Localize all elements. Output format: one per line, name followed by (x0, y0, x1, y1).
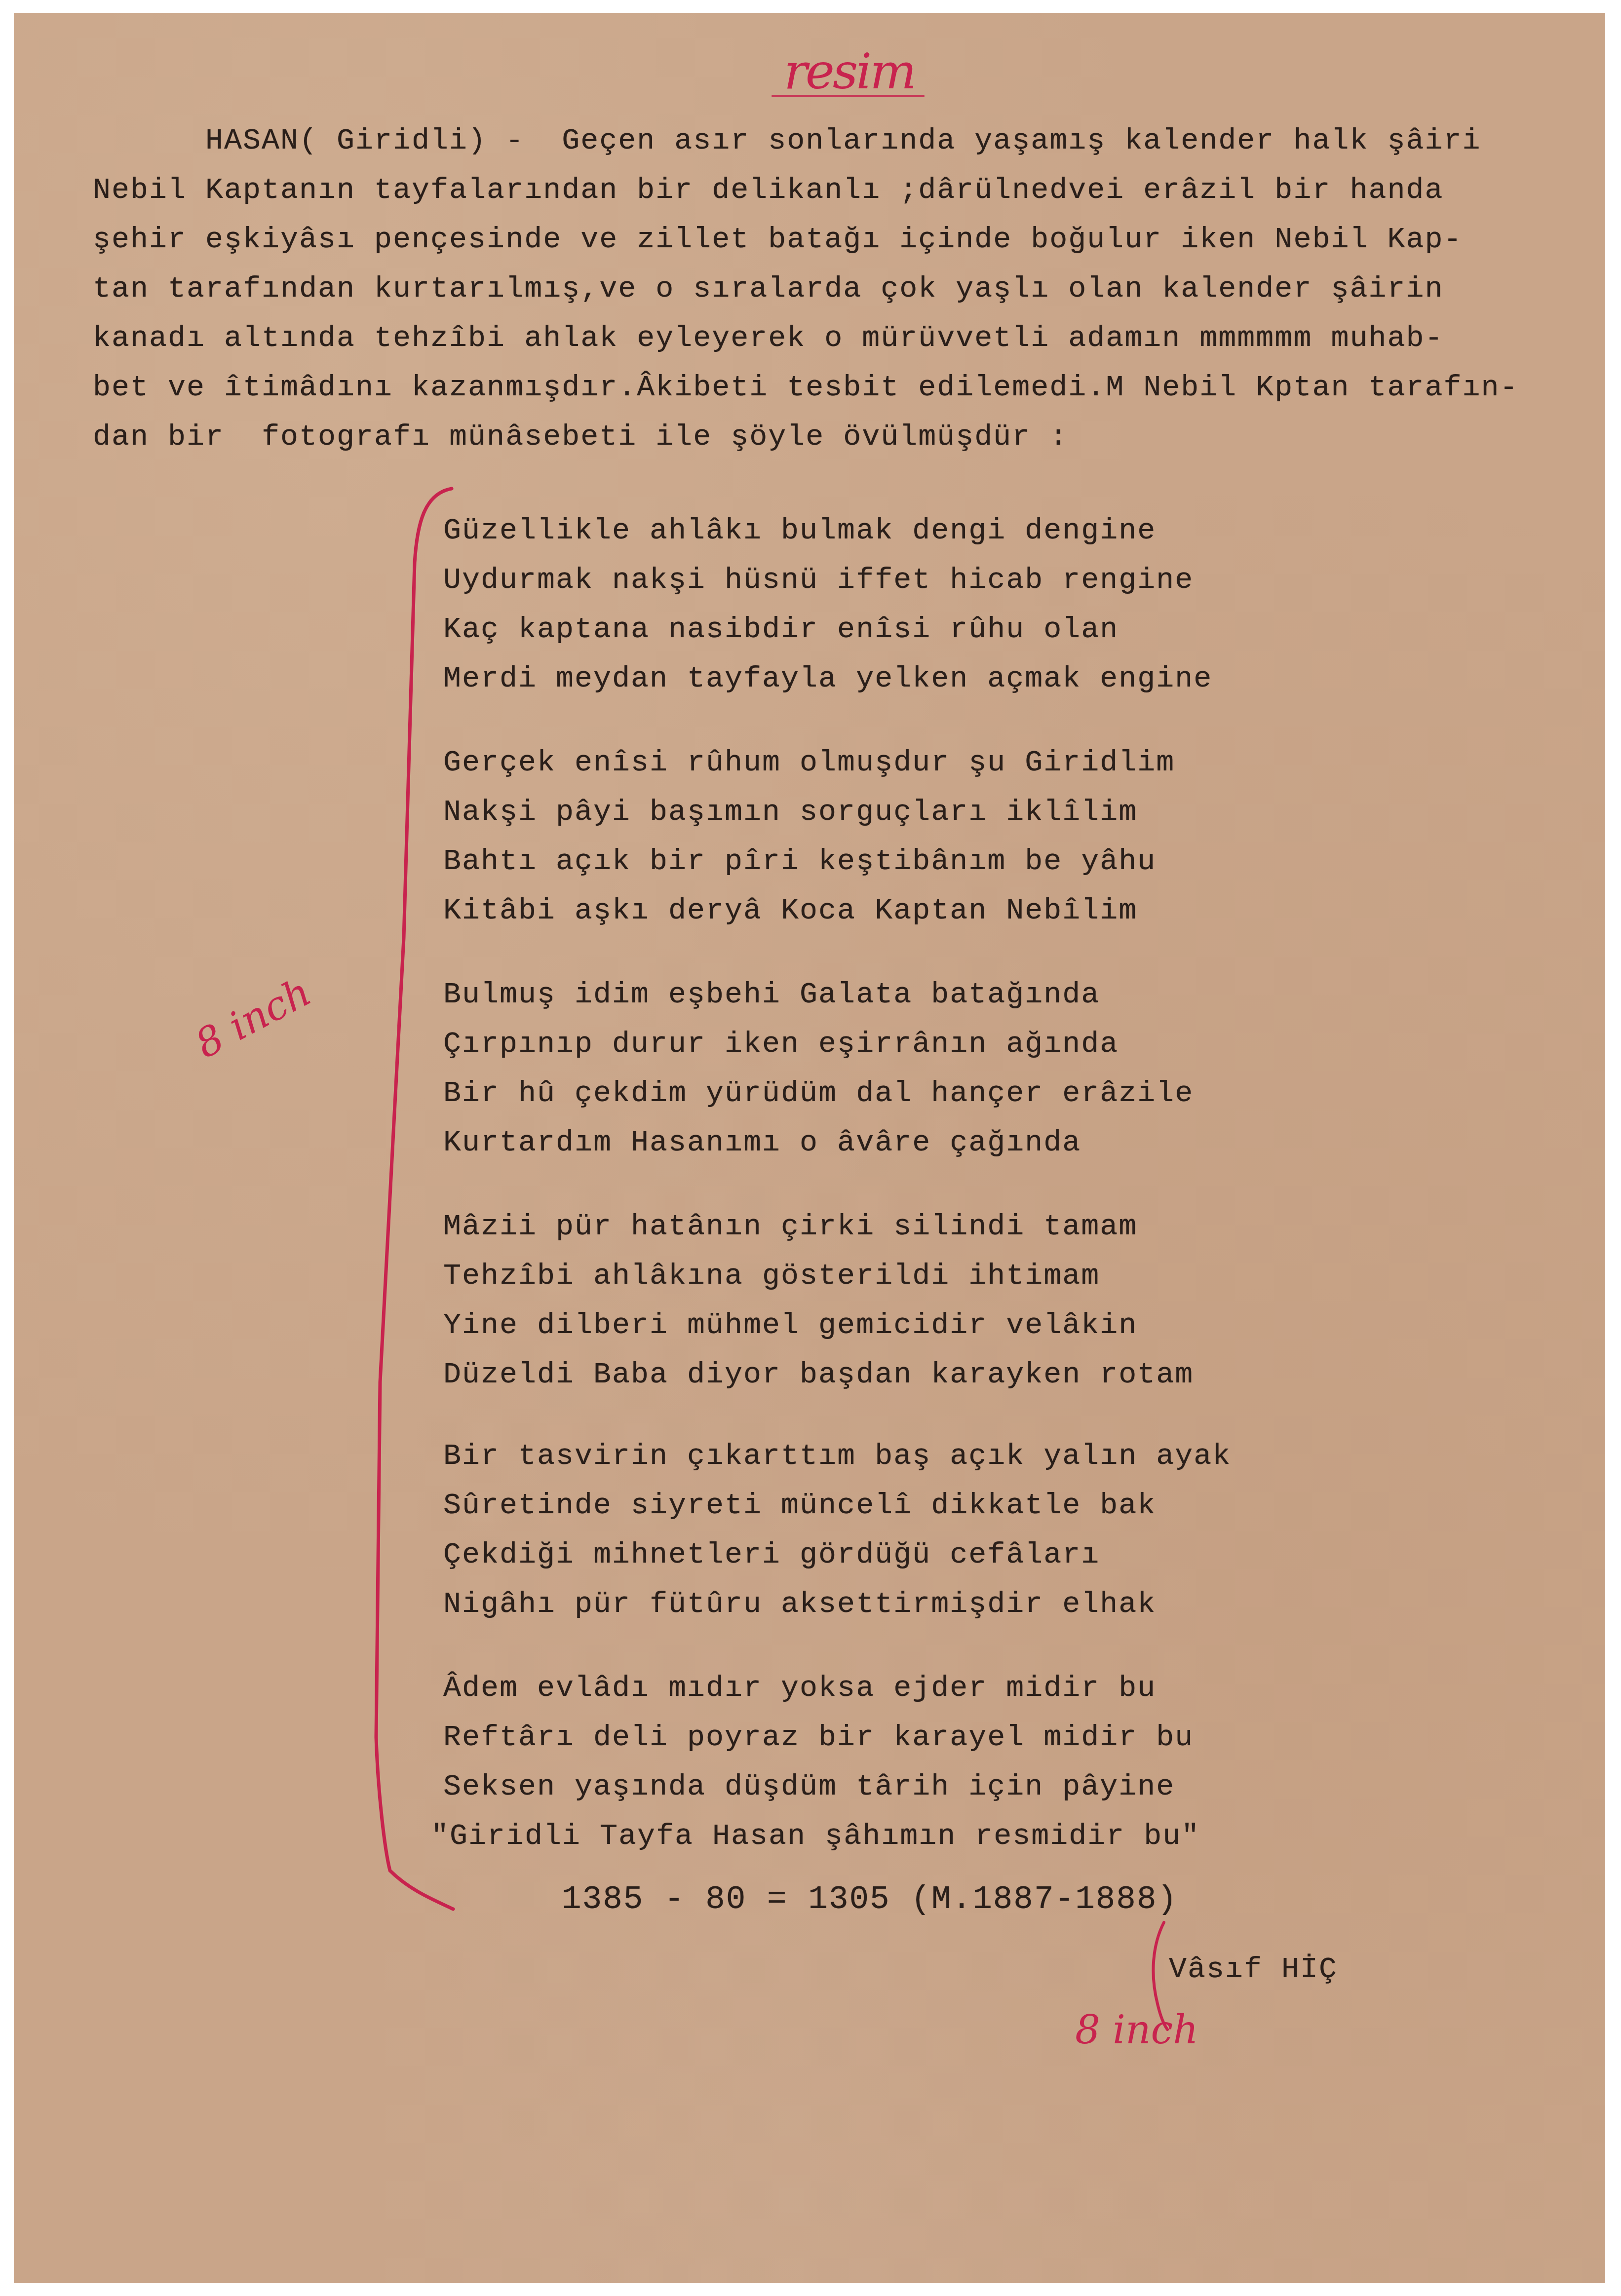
poem-line: "Giridli Tayfa Hasan şâhımın resmidir bu… (431, 1822, 1200, 1851)
poem-line: Çekdiği mihnetleri gördüğü cefâları (443, 1540, 1100, 1570)
intro-line: HASAN( Giridli) - Geçen asır sonlarında … (93, 126, 1481, 156)
intro-line: dan bir fotografı münâsebeti ile şöyle ö… (93, 422, 1068, 452)
intro-line: tan tarafından kurtarılmış,ve o sıralard… (93, 274, 1443, 304)
poem-line: Nakşi pâyi başımın sorguçları iklîlim (443, 798, 1137, 827)
intro-line: kanadı altında tehzîbi ahlak eyleyerek o… (93, 324, 1443, 353)
margin-annotation: 8 inch (188, 969, 318, 1067)
poem-line: Bahtı açık bir pîri keştibânım be yâhu (443, 847, 1156, 877)
document-page: resim HASAN( Giridli) - Geçen asır sonla… (14, 13, 1605, 2283)
header-annotation-underline (772, 95, 925, 97)
intro-line: Nebil Kaptanın tayfalarından bir delikan… (93, 176, 1443, 205)
poem-line: Güzellikle ahlâkı bulmak dengi dengine (443, 516, 1156, 546)
poem-line: Uydurmak nakşi hüsnü iffet hicab rengine (443, 566, 1194, 595)
poem-line: Seksen yaşında düşdüm târih için pâyine (443, 1772, 1175, 1802)
poem-line: Gerçek enîsi rûhum olmuşdur şu Giridlim (443, 748, 1175, 778)
poem-line: Düzeldi Baba diyor başdan karayken rotam (443, 1360, 1194, 1390)
poem-line: Çırpınıp durur iken eşirrânın ağında (443, 1030, 1119, 1059)
poem-line: Nigâhı pür fütûru aksettirmişdir elhak (443, 1590, 1156, 1619)
date-line: 1385 - 80 = 1305 (M.1887-1888) (562, 1883, 1178, 1916)
poem-line: Bulmuş idim eşbehi Galata batağında (443, 980, 1100, 1010)
poem-line: Merdi meydan tayfayla yelken açmak engin… (443, 664, 1212, 694)
poem-line: Mâzii pür hatânın çirki silindi tamam (443, 1212, 1137, 1242)
poem-line: Bir tasvirin çıkarttım baş açık yalın ay… (443, 1442, 1231, 1471)
poem-line: Âdem evlâdı mıdır yoksa ejder midir bu (443, 1674, 1156, 1703)
header-annotation: resim (784, 42, 915, 100)
poem-line: Kaç kaptana nasibdir enîsi rûhu olan (443, 615, 1119, 645)
poem-line: Tehzîbi ahlâkına gösterildi ihtimam (443, 1262, 1100, 1291)
poem-line: Yine dilberi mühmel gemicidir velâkin (443, 1311, 1137, 1340)
poem-line: Sûretinde siyreti müncelî dikkatle bak (443, 1491, 1156, 1521)
poem-line: Kurtardım Hasanımı o âvâre çağında (443, 1128, 1081, 1158)
poem-line: Bir hû çekdim yürüdüm dal hançer erâzile (443, 1079, 1194, 1109)
footer-annotation: 8 inch (1075, 2007, 1198, 2053)
poem-line: Kitâbi aşkı deryâ Koca Kaptan Nebîlim (443, 896, 1137, 926)
poem-line: Reftârı deli poyraz bir karayel midir bu (443, 1723, 1194, 1753)
signature: Vâsıf HİÇ (1169, 1955, 1338, 1985)
intro-line: şehir eşkiyâsı pençesinde ve zillet bata… (93, 225, 1462, 255)
intro-line: bet ve îtimâdını kazanmışdır.Âkibeti tes… (93, 373, 1518, 403)
